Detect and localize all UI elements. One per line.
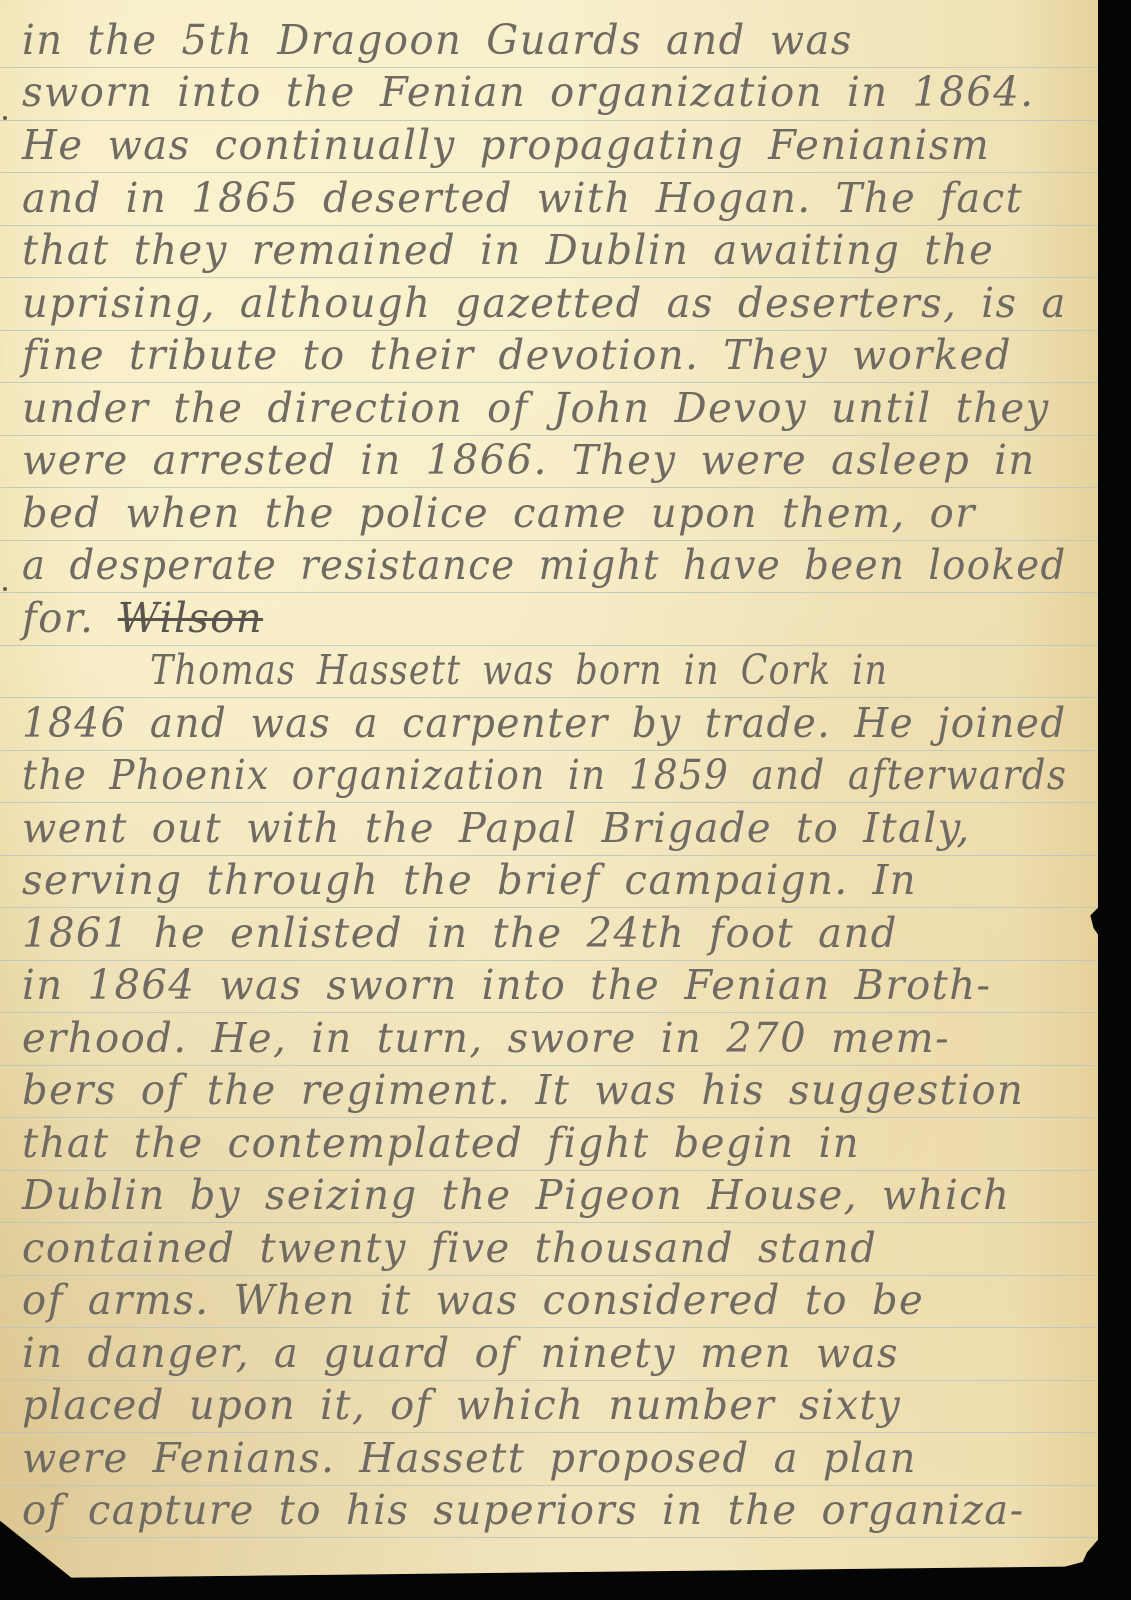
margin-dot xyxy=(3,116,7,120)
text-line: that the contemplated fight begin in xyxy=(22,1121,1067,1165)
text-line: bed when the police came upon them, or xyxy=(22,491,1067,535)
text-line: in danger, a guard of ninety men was xyxy=(22,1331,1067,1375)
text-line: under the direction of John Devoy until … xyxy=(22,386,1067,430)
struck-out-word: Wilson xyxy=(118,594,263,642)
handwritten-text: in the 5th Dragoon Guards and was sworn … xyxy=(0,0,1098,1584)
text-line: a desperate resistance might have been l… xyxy=(22,543,1030,587)
manuscript-page: in the 5th Dragoon Guards and was sworn … xyxy=(0,0,1098,1584)
text-line: He was continually propagating Fenianism xyxy=(22,123,1067,167)
text-line: for.Wilson xyxy=(22,596,1067,640)
scan-background: in the 5th Dragoon Guards and was sworn … xyxy=(0,0,1131,1600)
text-line: erhood. He, in turn, swore in 270 mem- xyxy=(22,1016,1067,1060)
text-line: contained twenty five thousand stand xyxy=(22,1226,1067,1270)
text-line: were arrested in 1866. They were asleep … xyxy=(22,438,1067,482)
text-line: Dublin by seizing the Pigeon House, whic… xyxy=(22,1173,1067,1217)
text-line: and in 1865 deserted with Hogan. The fac… xyxy=(22,176,1067,220)
text-line: in the 5th Dragoon Guards and was xyxy=(22,18,1067,62)
margin-dot xyxy=(3,587,7,591)
text-line: bers of the regiment. It was his suggest… xyxy=(22,1068,1067,1112)
text-line: that they remained in Dublin awaiting th… xyxy=(22,228,1067,272)
text-line: were Fenians. Hassett proposed a plan xyxy=(22,1436,1067,1480)
text-line: placed upon it, of which number sixty xyxy=(22,1383,1067,1427)
text-line: of capture to his superiors in the organ… xyxy=(22,1488,1067,1532)
text-line: serving through the brief campaign. In xyxy=(22,858,1067,902)
text-line: went out with the Papal Brigade to Italy… xyxy=(22,806,1067,850)
text-line-paragraph-start: Thomas Hassett was born in Cork in xyxy=(150,648,1060,692)
text-line: in 1864 was sworn into the Fenian Broth- xyxy=(22,963,1067,1007)
text-line: fine tribute to their devotion. They wor… xyxy=(22,333,1067,377)
text-line: the Phoenix organization in 1859 and aft… xyxy=(22,753,995,797)
text-line: sworn into the Fenian organization in 18… xyxy=(22,70,1067,114)
text-line: of arms. When it was considered to be xyxy=(22,1278,1067,1322)
text-line: uprising, although gazetted as deserters… xyxy=(22,281,1066,325)
text-line: 1861 he enlisted in the 24th foot and xyxy=(22,911,1067,955)
text-line: 1846 and was a carpenter by trade. He jo… xyxy=(22,701,1036,745)
